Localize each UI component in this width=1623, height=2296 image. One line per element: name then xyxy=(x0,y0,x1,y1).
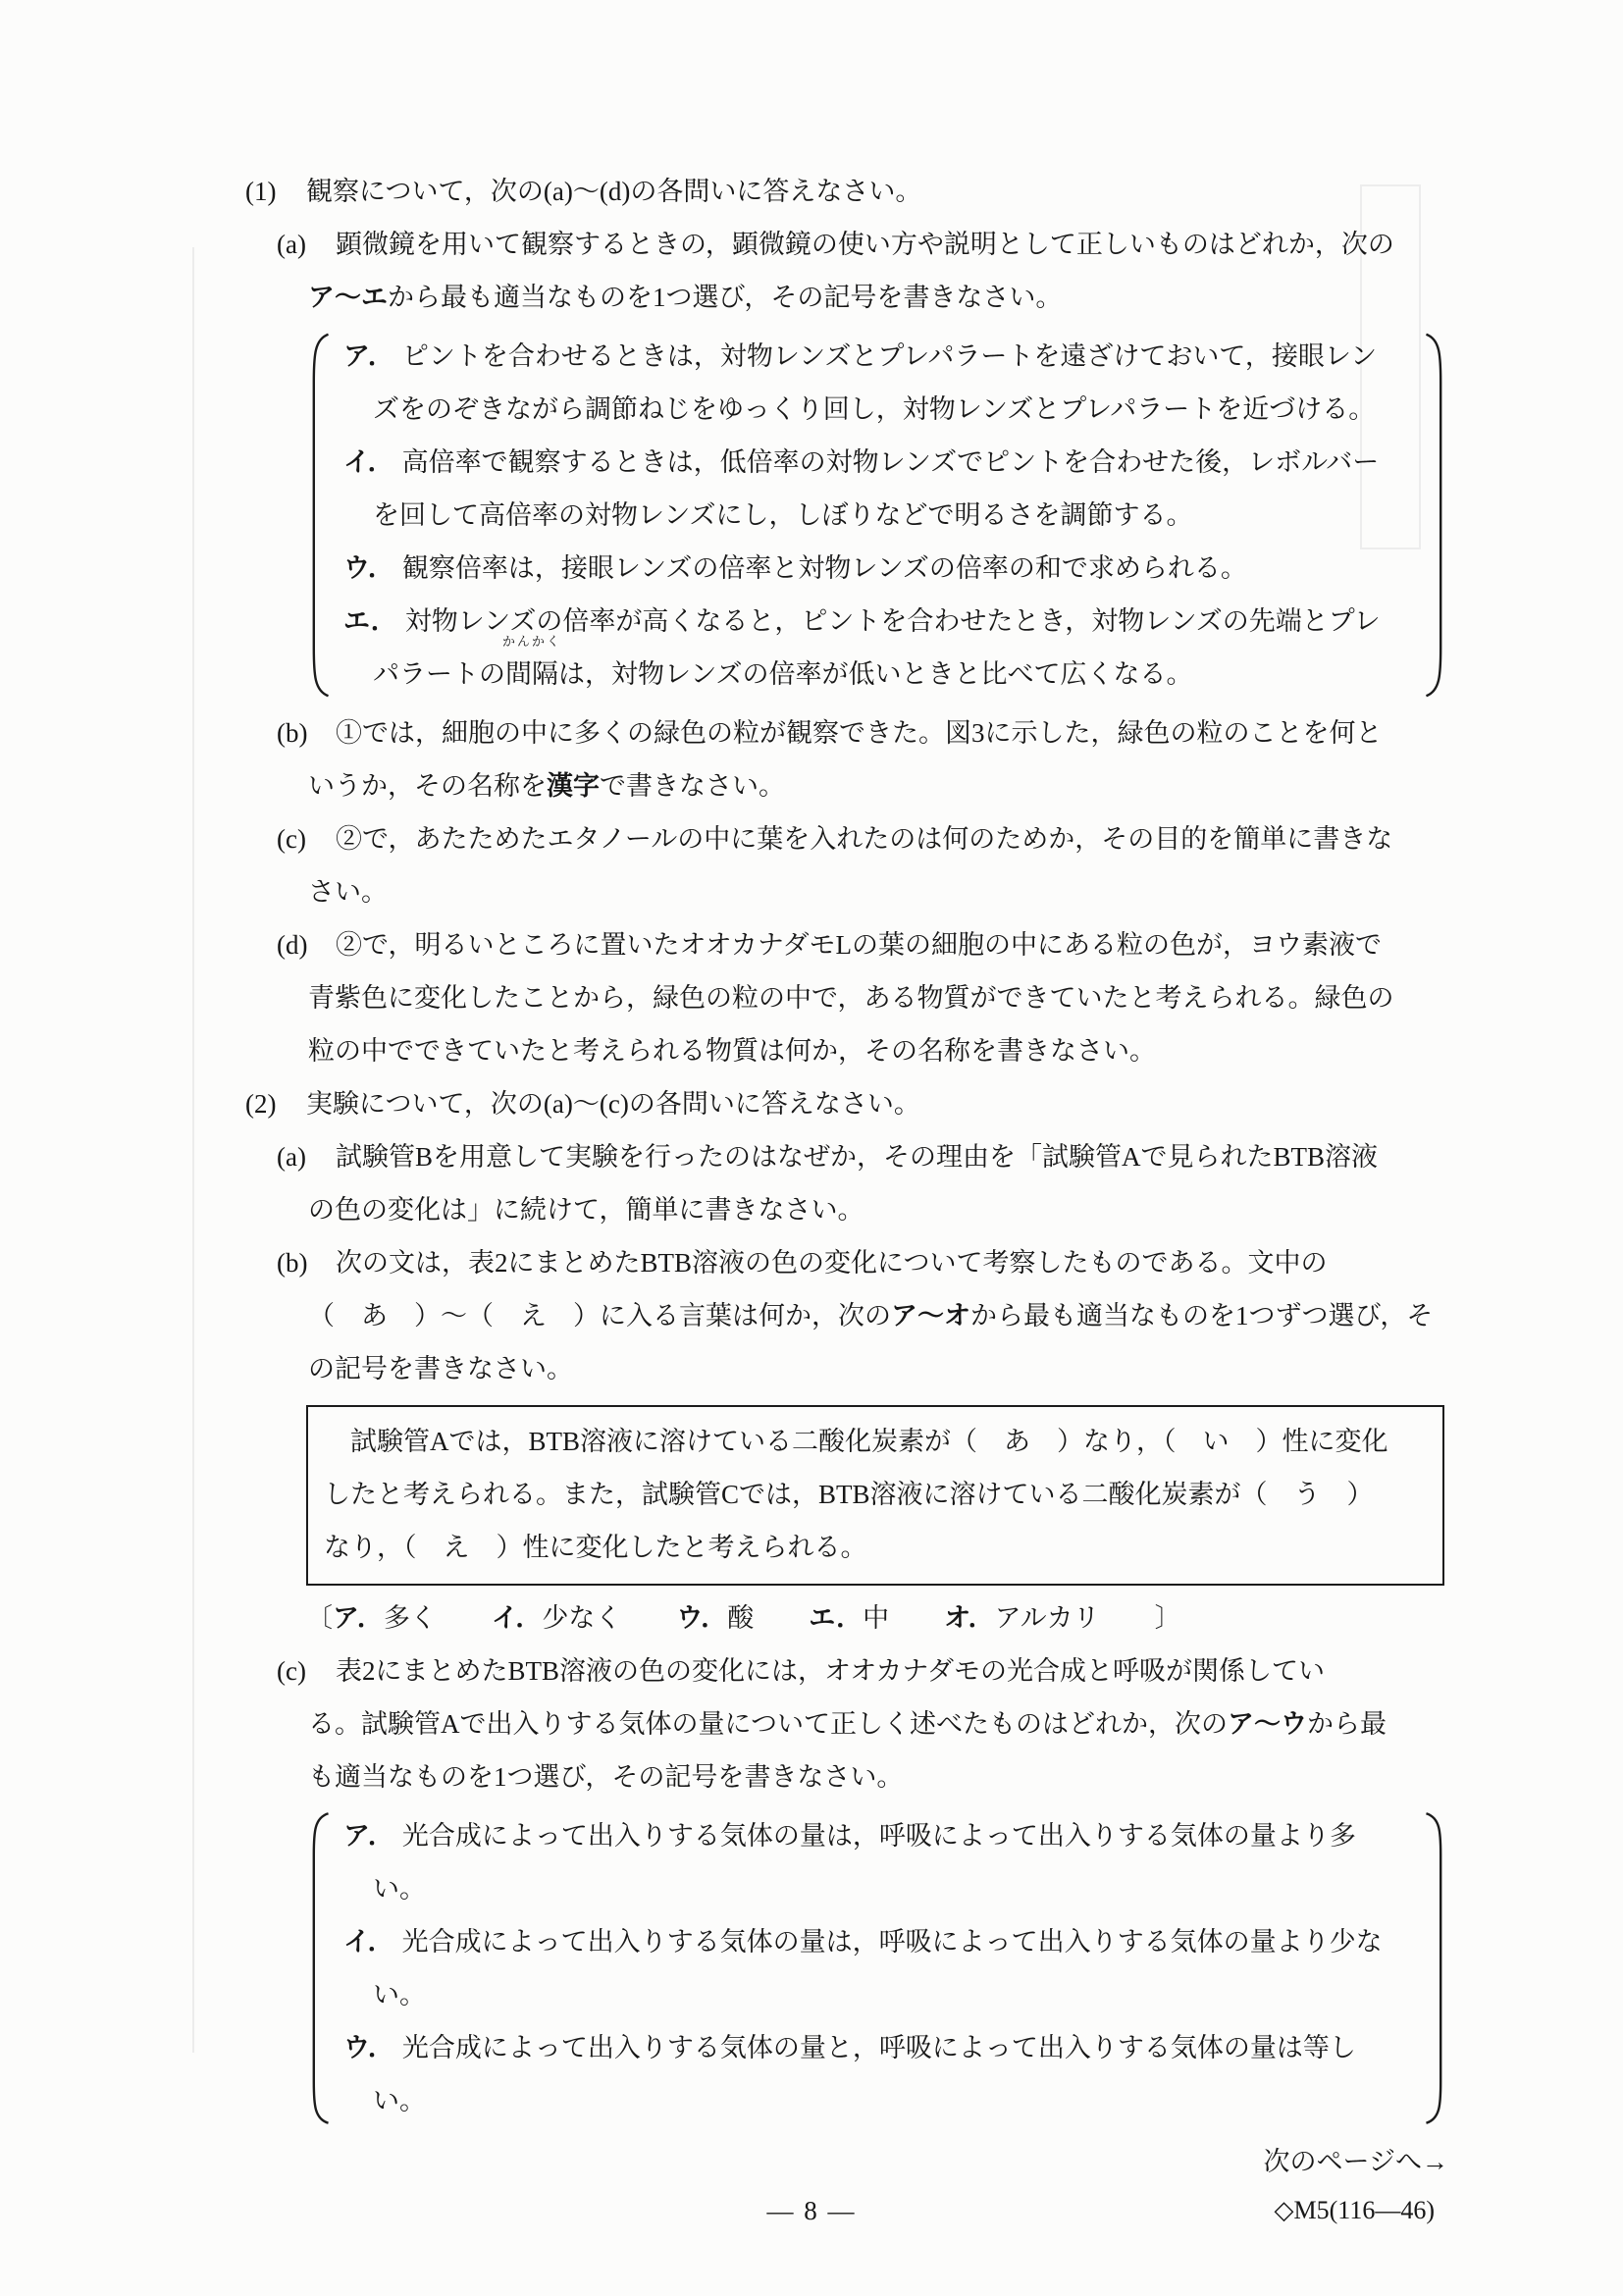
option-a-cont: ズをのぞきながら調節ねじをゆっくり回し，対物レンズとプレパラートを近づける。 xyxy=(343,383,1413,436)
choice-text: 酸 xyxy=(727,1603,754,1633)
box-text-line: なり，（ え ）性に変化したと考えられる。 xyxy=(324,1521,1427,1574)
text-line: も適当なものを1つ選び，その記号を書きなさい。 xyxy=(308,1750,1448,1803)
option-e-cont: パラートのかんかく間隔は，対物レンズの倍率が低いときと比べて広くなる。 xyxy=(343,648,1413,701)
ruby-word: かんかく間隔 xyxy=(505,648,558,701)
box-text-line: したと考えられる。また，試験管Cでは，BTB溶液に溶けている二酸化炭素が（ う … xyxy=(324,1468,1427,1521)
page-number: — 8 — xyxy=(767,2196,857,2226)
choice-text: アルカリ xyxy=(995,1603,1100,1633)
choice-label: エ． xyxy=(809,1603,863,1633)
option-u: ウ．観察倍率は，接眼レンズの倍率と対物レンズの倍率の和で求められる。 xyxy=(343,542,1413,595)
option-u: ウ．光合成によって出入りする気体の量と，呼吸によって出入りする気体の量は等し xyxy=(343,2021,1413,2074)
item-label: (b) xyxy=(277,706,336,759)
scan-bleed-line xyxy=(192,247,194,2053)
text-line: （ あ ）～（ え ）に入る言葉は何か，次のア～オから最も適当なものを1つずつ選… xyxy=(308,1289,1448,1342)
option-text: 観察倍率は，接眼レンズの倍率と対物レンズの倍率の和で求められる。 xyxy=(402,553,1247,583)
option-text: ピントを合わせるときは，対物レンズとプレパラートを遠ざけておいて，接眼レン xyxy=(402,341,1377,371)
option-label: ア． xyxy=(343,1821,394,1851)
choice-text: 中 xyxy=(863,1603,889,1633)
text-line: の色の変化は」に続けて，簡単に書きなさい。 xyxy=(308,1183,1448,1236)
option-group-1a: ア．ピントを合わせるときは，対物レンズとプレパラートを遠ざけておいて，接眼レン … xyxy=(306,328,1448,703)
text-line: いうか，その名称を漢字で書きなさい。 xyxy=(308,759,1448,812)
text-line: 試験管Bを用意して実験を行ったのはなぜか，その理由を「試験管Aで見られたBTB溶… xyxy=(336,1130,1448,1183)
item-label: (c) xyxy=(277,812,336,865)
text-line: さい。 xyxy=(308,865,1448,918)
item-label: (a) xyxy=(277,218,336,271)
question-2c: (c) 表2にまとめたBTB溶液の色の変化には，オオカナダモの光合成と呼吸が関係… xyxy=(277,1644,1448,1803)
text-line: 観察について，次の(a)～(d)の各問いに答えなさい。 xyxy=(306,165,1448,218)
text-line: ②で，あたためたエタノールの中に葉を入れたのは何のためか，その目的を簡単に書きな xyxy=(336,812,1448,865)
choice-o: オ．アルカリ xyxy=(944,1592,1100,1644)
text-line: る。試験管Aで出入りする気体の量について正しく述べたものはどれか，次のア～ウから… xyxy=(308,1697,1448,1750)
option-bracket-right xyxy=(1423,1810,1448,2126)
text-line: ア～エから最も適当なものを1つ選び，その記号を書きなさい。 xyxy=(308,271,1448,324)
text-line: の記号を書きなさい。 xyxy=(308,1342,1448,1395)
choice-bracket-open: 〔 xyxy=(306,1592,333,1644)
option-bracket-right xyxy=(1423,331,1448,700)
option-range-label: ア～エ xyxy=(308,283,388,312)
question-1c: (c) ②で，あたためたエタノールの中に葉を入れたのは何のためか，その目的を簡単… xyxy=(277,812,1448,918)
option-i-cont: を回して高倍率の対物レンズにし，しぼりなどで明るさを調節する。 xyxy=(343,489,1413,542)
choice-label: ウ． xyxy=(676,1603,727,1633)
option-a-cont: い。 xyxy=(343,1862,1413,1915)
option-a: ア．光合成によって出入りする気体の量は，呼吸によって出入りする気体の量より多 xyxy=(343,1809,1413,1862)
option-text: 高倍率で観察するときは，低倍率の対物レンズでピントを合わせた後，レボルバー xyxy=(402,447,1380,477)
emphasis-kanji: 漢字 xyxy=(547,771,600,801)
text-line: ②で，明るいところに置いたオオカナダモLの葉の細胞の中にある粒の色が，ヨウ素液で xyxy=(336,918,1448,971)
page-content: (1) 観察について，次の(a)～(d)の各問いに答えなさい。 (a) 顕微鏡を… xyxy=(245,165,1448,2188)
text-segment: （ あ ）～（ え ）に入る言葉は何か，次の xyxy=(308,1301,891,1331)
text-line: ①では，細胞の中に多くの緑色の粒が観察できた。図3に示した，緑色の粒のことを何と xyxy=(336,706,1448,759)
furigana: かんかく xyxy=(502,635,561,648)
text-line: 次の文は，表2にまとめたBTB溶液の色の変化について考察したものである。文中の xyxy=(336,1236,1448,1289)
text-segment: いうか，その名称を xyxy=(308,771,547,801)
box-text-line: 試験管Aでは，BTB溶液に溶けている二酸化炭素が（ あ ）なり，（ い ）性に変… xyxy=(324,1415,1427,1468)
text-segment: から最も適当なものを1つずつ選び，そ xyxy=(970,1301,1433,1331)
text-segment: から最も適当なものを1つ選び，その記号を書きなさい。 xyxy=(388,283,1062,312)
question-2: (2) 実験について，次の(a)～(c)の各問いに答えなさい。 xyxy=(245,1077,1448,1130)
choice-text: 少なく xyxy=(542,1603,621,1633)
choice-e: エ．中 xyxy=(809,1592,889,1644)
option-i: イ．光合成によって出入りする気体の量は，呼吸によって出入りする気体の量より少な xyxy=(343,1915,1413,1968)
option-label: イ． xyxy=(343,1927,394,1957)
option-label: ア． xyxy=(343,341,394,371)
option-a: ア．ピントを合わせるときは，対物レンズとプレパラートを遠ざけておいて，接眼レン xyxy=(343,330,1413,383)
option-group-2c: ア．光合成によって出入りする気体の量は，呼吸によって出入りする気体の量より多 い… xyxy=(306,1807,1448,2129)
option-text: 対物レンズの倍率が高くなると，ピントを合わせたとき，対物レンズの先端とプレ xyxy=(405,606,1381,636)
text-segment: で書きなさい。 xyxy=(600,771,785,801)
consideration-box: 試験管Aでは，BTB溶液に溶けている二酸化炭素が（ あ ）なり，（ い ）性に変… xyxy=(306,1405,1444,1586)
choice-bracket-close: 〕 xyxy=(1155,1592,1181,1644)
item-label: (1) xyxy=(245,165,306,218)
choice-label: ア． xyxy=(333,1603,384,1633)
choice-label: オ． xyxy=(944,1603,995,1633)
exam-page: (1) 観察について，次の(a)～(d)の各問いに答えなさい。 (a) 顕微鏡を… xyxy=(0,0,1623,2296)
text-segment: は，対物レンズの倍率が低いときと比べて広くなる。 xyxy=(558,659,1193,689)
option-label: イ． xyxy=(343,447,394,477)
text-line: 顕微鏡を用いて観察するときの，顕微鏡の使い方や説明として正しいものはどれか，次の xyxy=(336,218,1448,271)
question-1a: (a) 顕微鏡を用いて観察するときの，顕微鏡の使い方や説明として正しいものはどれ… xyxy=(277,218,1448,324)
choice-u: ウ．酸 xyxy=(676,1592,754,1644)
option-label: エ． xyxy=(343,606,397,636)
item-label: (c) xyxy=(277,1644,336,1697)
question-2a: (a) 試験管Bを用意して実験を行ったのはなぜか，その理由を「試験管Aで見られた… xyxy=(277,1130,1448,1236)
option-range-label: ア～ウ xyxy=(1228,1709,1307,1739)
choice-a: ア．多く xyxy=(333,1592,437,1644)
text-segment: から最 xyxy=(1307,1709,1387,1739)
text-segment: パラートの xyxy=(373,659,505,689)
choice-label: イ． xyxy=(492,1603,543,1633)
text-line: 表2にまとめたBTB溶液の色の変化には，オオカナダモの光合成と呼吸が関係してい xyxy=(336,1644,1448,1697)
item-label: (d) xyxy=(277,918,336,971)
question-1d: (d) ②で，明るいところに置いたオオカナダモLの葉の細胞の中にある粒の色が，ヨ… xyxy=(277,918,1448,1077)
text-line: 実験について，次の(a)～(c)の各問いに答えなさい。 xyxy=(306,1077,1448,1130)
option-label: ウ． xyxy=(343,2033,394,2062)
option-label: ウ． xyxy=(343,553,394,583)
option-i-cont: い。 xyxy=(343,1968,1413,2021)
option-range-label: ア～オ xyxy=(891,1301,970,1331)
option-u-cont: い。 xyxy=(343,2074,1413,2127)
option-bracket-left xyxy=(306,331,332,700)
option-text: 光合成によって出入りする気体の量は，呼吸によって出入りする気体の量より少な xyxy=(402,1927,1383,1957)
question-2b: (b) 次の文は，表2にまとめたBTB溶液の色の変化について考察したものである。… xyxy=(277,1236,1448,1395)
option-bracket-left xyxy=(306,1810,332,2126)
option-i: イ．高倍率で観察するときは，低倍率の対物レンズでピントを合わせた後，レボルバー xyxy=(343,436,1413,489)
choice-i: イ．少なく xyxy=(492,1592,622,1644)
choice-list: 〔 ア．多く イ．少なく ウ．酸 エ．中 オ．アルカリ 〕 xyxy=(306,1592,1448,1644)
choice-text: 多く xyxy=(384,1603,437,1633)
text-line: 粒の中でできていたと考えられる物質は何か，その名称を書きなさい。 xyxy=(308,1024,1448,1077)
option-text: 光合成によって出入りする気体の量と，呼吸によって出入りする気体の量は等し xyxy=(402,2033,1356,2062)
question-1b: (b) ①では，細胞の中に多くの緑色の粒が観察できた。図3に示した，緑色の粒のこ… xyxy=(277,706,1448,812)
document-code: ◇M5(116—46) xyxy=(1275,2196,1435,2225)
item-label: (2) xyxy=(245,1077,306,1130)
question-1: (1) 観察について，次の(a)～(d)の各問いに答えなさい。 xyxy=(245,165,1448,218)
next-page-note: 次のページへ→ xyxy=(245,2135,1448,2188)
item-label: (b) xyxy=(277,1236,336,1289)
text-segment: る。試験管Aで出入りする気体の量について正しく述べたものはどれか，次の xyxy=(308,1709,1228,1739)
option-text: 光合成によって出入りする気体の量は，呼吸によって出入りする気体の量より多 xyxy=(402,1821,1356,1851)
ruby-base: 間隔 xyxy=(505,659,558,689)
item-label: (a) xyxy=(277,1130,336,1183)
text-line: 青紫色に変化したことから，緑色の粒の中で，ある物質ができていたと考えられる。緑色… xyxy=(308,971,1448,1024)
